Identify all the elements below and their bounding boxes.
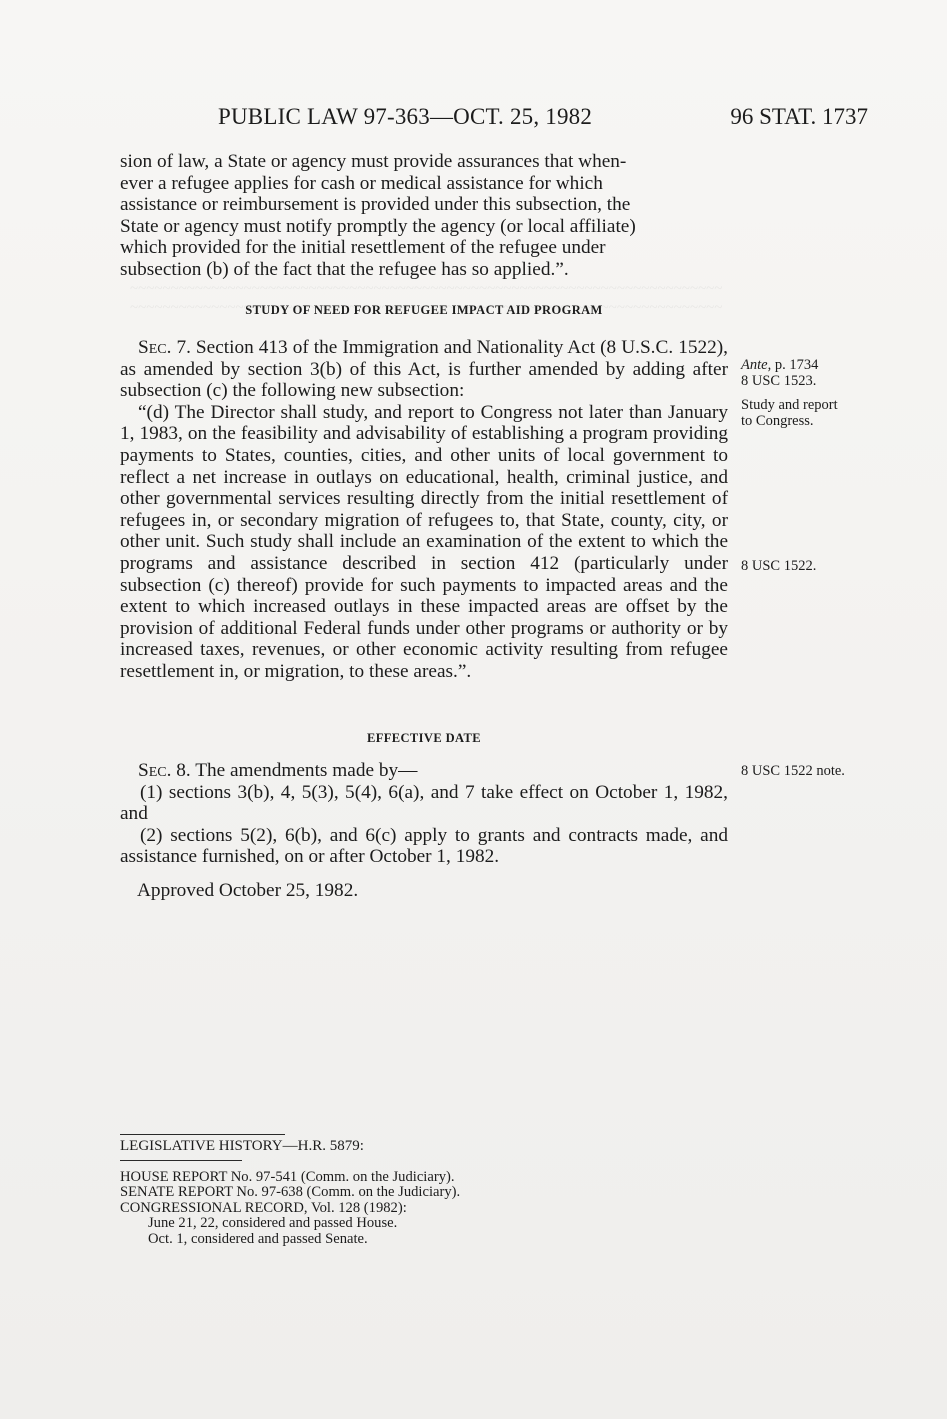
running-header: PUBLIC LAW 97-363—OCT. 25, 1982 96 STAT.… [218, 100, 868, 140]
continuation-paragraph: sion of law, a State or agency must prov… [120, 151, 728, 281]
divider-rule [120, 1134, 285, 1135]
section-7-heading: STUDY OF NEED FOR REFUGEE IMPACT AID PRO… [120, 303, 728, 318]
subsection-d-text: “(d) The Director shall study, and repor… [120, 402, 728, 683]
record-entry-house: June 21, 22, considered and passed House… [120, 1216, 460, 1231]
statute-page-number: 96 STAT. 1737 [730, 104, 868, 130]
senate-report: SENATE REPORT No. 97-638 (Comm. on the J… [120, 1185, 460, 1200]
text-line: sion of law, a State or agency must prov… [120, 151, 728, 173]
text-line: State or agency must notify promptly the… [120, 216, 728, 238]
record-entry-senate: Oct. 1, considered and passed Senate. [120, 1232, 460, 1247]
section-8-heading: EFFECTIVE DATE [120, 731, 728, 746]
section-7-intro-text: 7. Section 413 of the Immigration and Na… [120, 337, 728, 401]
legislative-history-title: LEGISLATIVE HISTORY—H.R. 5879: [120, 1138, 364, 1155]
document-page: ~~~~~~~~~~~~~~~~~~~~~~~~~~~~~~~~~~~~~~~~… [0, 0, 947, 1419]
text-line: ever a refugee applies for cash or medic… [120, 173, 728, 195]
title-underline [120, 1160, 242, 1161]
ante-label: Ante, [741, 357, 771, 373]
effective-item-2: (2) sections 5(2), 6(b), and 6(c) apply … [98, 825, 728, 868]
section-8-intro: Sec. 8. The amendments made by— [120, 760, 728, 782]
ante-page: p. 1734 [771, 357, 818, 373]
section-label: Sec. [138, 760, 171, 781]
study-report-line-1: Study and report [741, 397, 881, 413]
congressional-record: CONGRESSIONAL RECORD, Vol. 128 (1982): [120, 1201, 460, 1216]
public-law-title: PUBLIC LAW 97-363—OCT. 25, 1982 [218, 104, 592, 130]
section-7-body: Sec. 7. Section 413 of the Immigration a… [120, 337, 728, 683]
margin-note-ante: Ante, p. 1734 [741, 357, 881, 373]
margin-note-usc-1522: 8 USC 1522. [741, 558, 881, 574]
section-8-body: Sec. 8. The amendments made by— (1) sect… [120, 760, 728, 868]
margin-note-study-report: Study and report to Congress. [741, 397, 881, 429]
study-report-line-2: to Congress. [741, 413, 881, 429]
house-report: HOUSE REPORT No. 97-541 (Comm. on the Ju… [120, 1170, 460, 1185]
section-label: Sec. [138, 337, 171, 358]
legislative-history-list: HOUSE REPORT No. 97-541 (Comm. on the Ju… [120, 1170, 460, 1247]
section-8-intro-text: 8. The amendments made by— [171, 760, 417, 781]
section-7-intro: Sec. 7. Section 413 of the Immigration a… [120, 337, 728, 402]
text-line: assistance or reimbursement is provided … [120, 194, 728, 216]
margin-note-usc-1522-note: 8 USC 1522 note. [741, 763, 881, 779]
text-line: subsection (b) of the fact that the refu… [120, 259, 728, 281]
text-line: which provided for the initial resettlem… [120, 237, 728, 259]
margin-note-usc-1523: 8 USC 1523. [741, 373, 881, 389]
approval-date: Approved October 25, 1982. [137, 880, 358, 902]
effective-item-1: (1) sections 3(b), 4, 5(3), 5(4), 6(a), … [98, 782, 728, 825]
